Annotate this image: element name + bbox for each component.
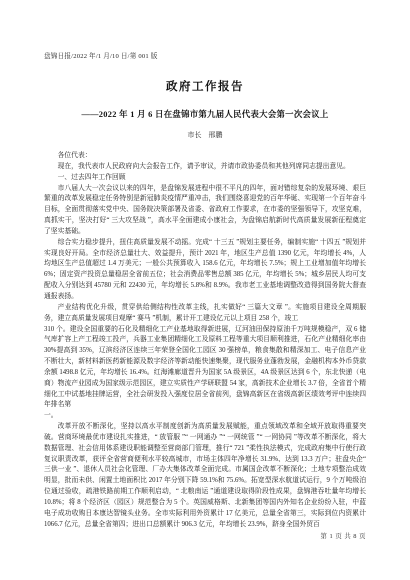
report-title: 政府工作报告 xyxy=(44,78,366,94)
newspaper-source-line: 盘锦日报/2022 年/1 月/10 日/第 001 版 xyxy=(44,52,366,61)
page-number: 第 1 页 共 8 页 xyxy=(321,531,366,540)
salutation: 各位代表： xyxy=(44,151,366,162)
body-paragraph: 改革开放不断深化，坚持以高水平制度创新为高质量发展赋能，重点领域改革和全域开放取… xyxy=(44,422,366,530)
body-paragraph: 产业结构优化升级，贯穿供给侧结构性改革主线，扎实做好“ 三篇大文章 ”。实施项目… xyxy=(44,303,366,422)
report-byline: 市长 邢鹏 xyxy=(44,130,366,140)
section-heading: 一、过去四年工作回顾 xyxy=(44,173,366,184)
report-body: 各位代表： 现在，我代表市人民政府向大会报告工作，请予审议，并请市政协委员和其他… xyxy=(44,151,366,531)
document-page: 盘锦日报/2022 年/1 月/10 日/第 001 版 政府工作报告 ——20… xyxy=(0,0,410,580)
report-subtitle: ——2022 年 1 月 6 日在盘锦市第九届人民代表大会第一次会议上 xyxy=(44,108,366,120)
body-paragraph: 现在，我代表市人民政府向大会报告工作，请予审议，并请市政协委员和其他列席同志提出… xyxy=(44,162,366,173)
body-paragraph: 市八届人大一次会议以来的四年，是盘锦发展进程中很不平凡的四年，面对错综复杂的发展… xyxy=(44,184,366,238)
body-paragraph: 综合实力稳步提升，扭住高质量发展不动摇。完成“ 十三五 ”规划主要任务，编制实施… xyxy=(44,238,366,303)
